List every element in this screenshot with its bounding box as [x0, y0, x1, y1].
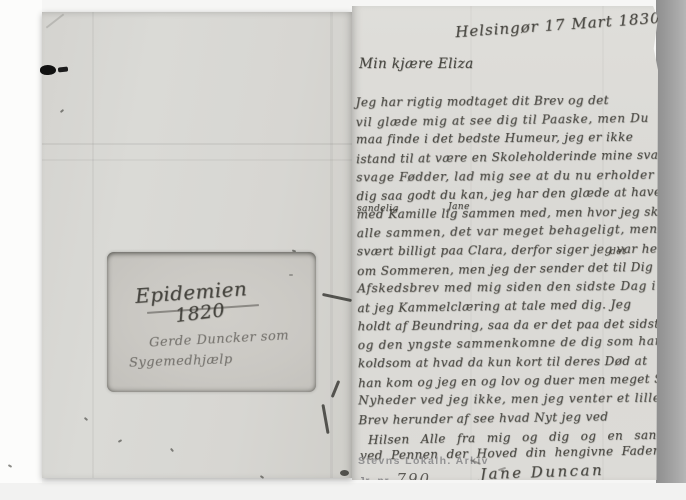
pen-smudge — [322, 293, 352, 302]
scanner-margin-left — [0, 0, 42, 500]
scan-edge-shadow — [656, 0, 686, 484]
letter-body: Jeg har rigtig modtaget dit Brev og detv… — [356, 91, 655, 429]
letter-salutation: Min kjære Eliza — [359, 56, 474, 72]
ink-speck — [118, 439, 122, 443]
archive-label-note-line1: Gerde Duncker som — [149, 328, 290, 350]
archive-stamp-name: Stevns Lokalh. Arkiv — [358, 455, 489, 467]
ink-blot — [40, 65, 56, 75]
scanner-margin-bottom — [0, 483, 686, 500]
pen-smudge — [321, 404, 329, 434]
fold-crease-vertical — [330, 12, 333, 478]
scanned-letter-image: Epidemien 1820 Gerde Duncker som Sygemed… — [0, 0, 686, 500]
fold-crease-horizontal — [42, 143, 352, 145]
dust-speck — [289, 274, 293, 276]
fold-crease-horizontal — [42, 159, 352, 161]
handwritten-line: Brev herunder af see hvad Nyt jeg ved — [358, 407, 654, 430]
letter-page-left: Epidemien 1820 Gerde Duncker som Sygemed… — [42, 12, 352, 478]
folded-corner-crease — [46, 13, 65, 28]
ink-speck — [84, 417, 88, 421]
archive-label-card: Epidemien 1820 Gerde Duncker som Sygemed… — [107, 252, 316, 392]
letter-page-right: Helsingør 17 Mart 1830 Min kjære Eliza J… — [352, 6, 658, 480]
interlinear-word: det — [610, 247, 626, 257]
ink-blot-dash — [58, 66, 68, 72]
ink-speck — [170, 448, 174, 452]
fold-crease-vertical — [92, 12, 94, 478]
ink-speck — [260, 475, 264, 479]
ink-speck — [60, 109, 64, 113]
archive-label-note-line2: Sygemedhjælp — [129, 352, 233, 371]
ink-mark — [340, 470, 349, 476]
archive-label-year: 1820 — [174, 299, 226, 327]
interlinear-word: sandelig — [357, 204, 399, 214]
letter-dateline: Helsingør 17 Mart 1830 — [455, 9, 662, 41]
letter-signature: Jane Duncan — [480, 461, 605, 483]
interlinear-word: Jane — [448, 202, 470, 212]
